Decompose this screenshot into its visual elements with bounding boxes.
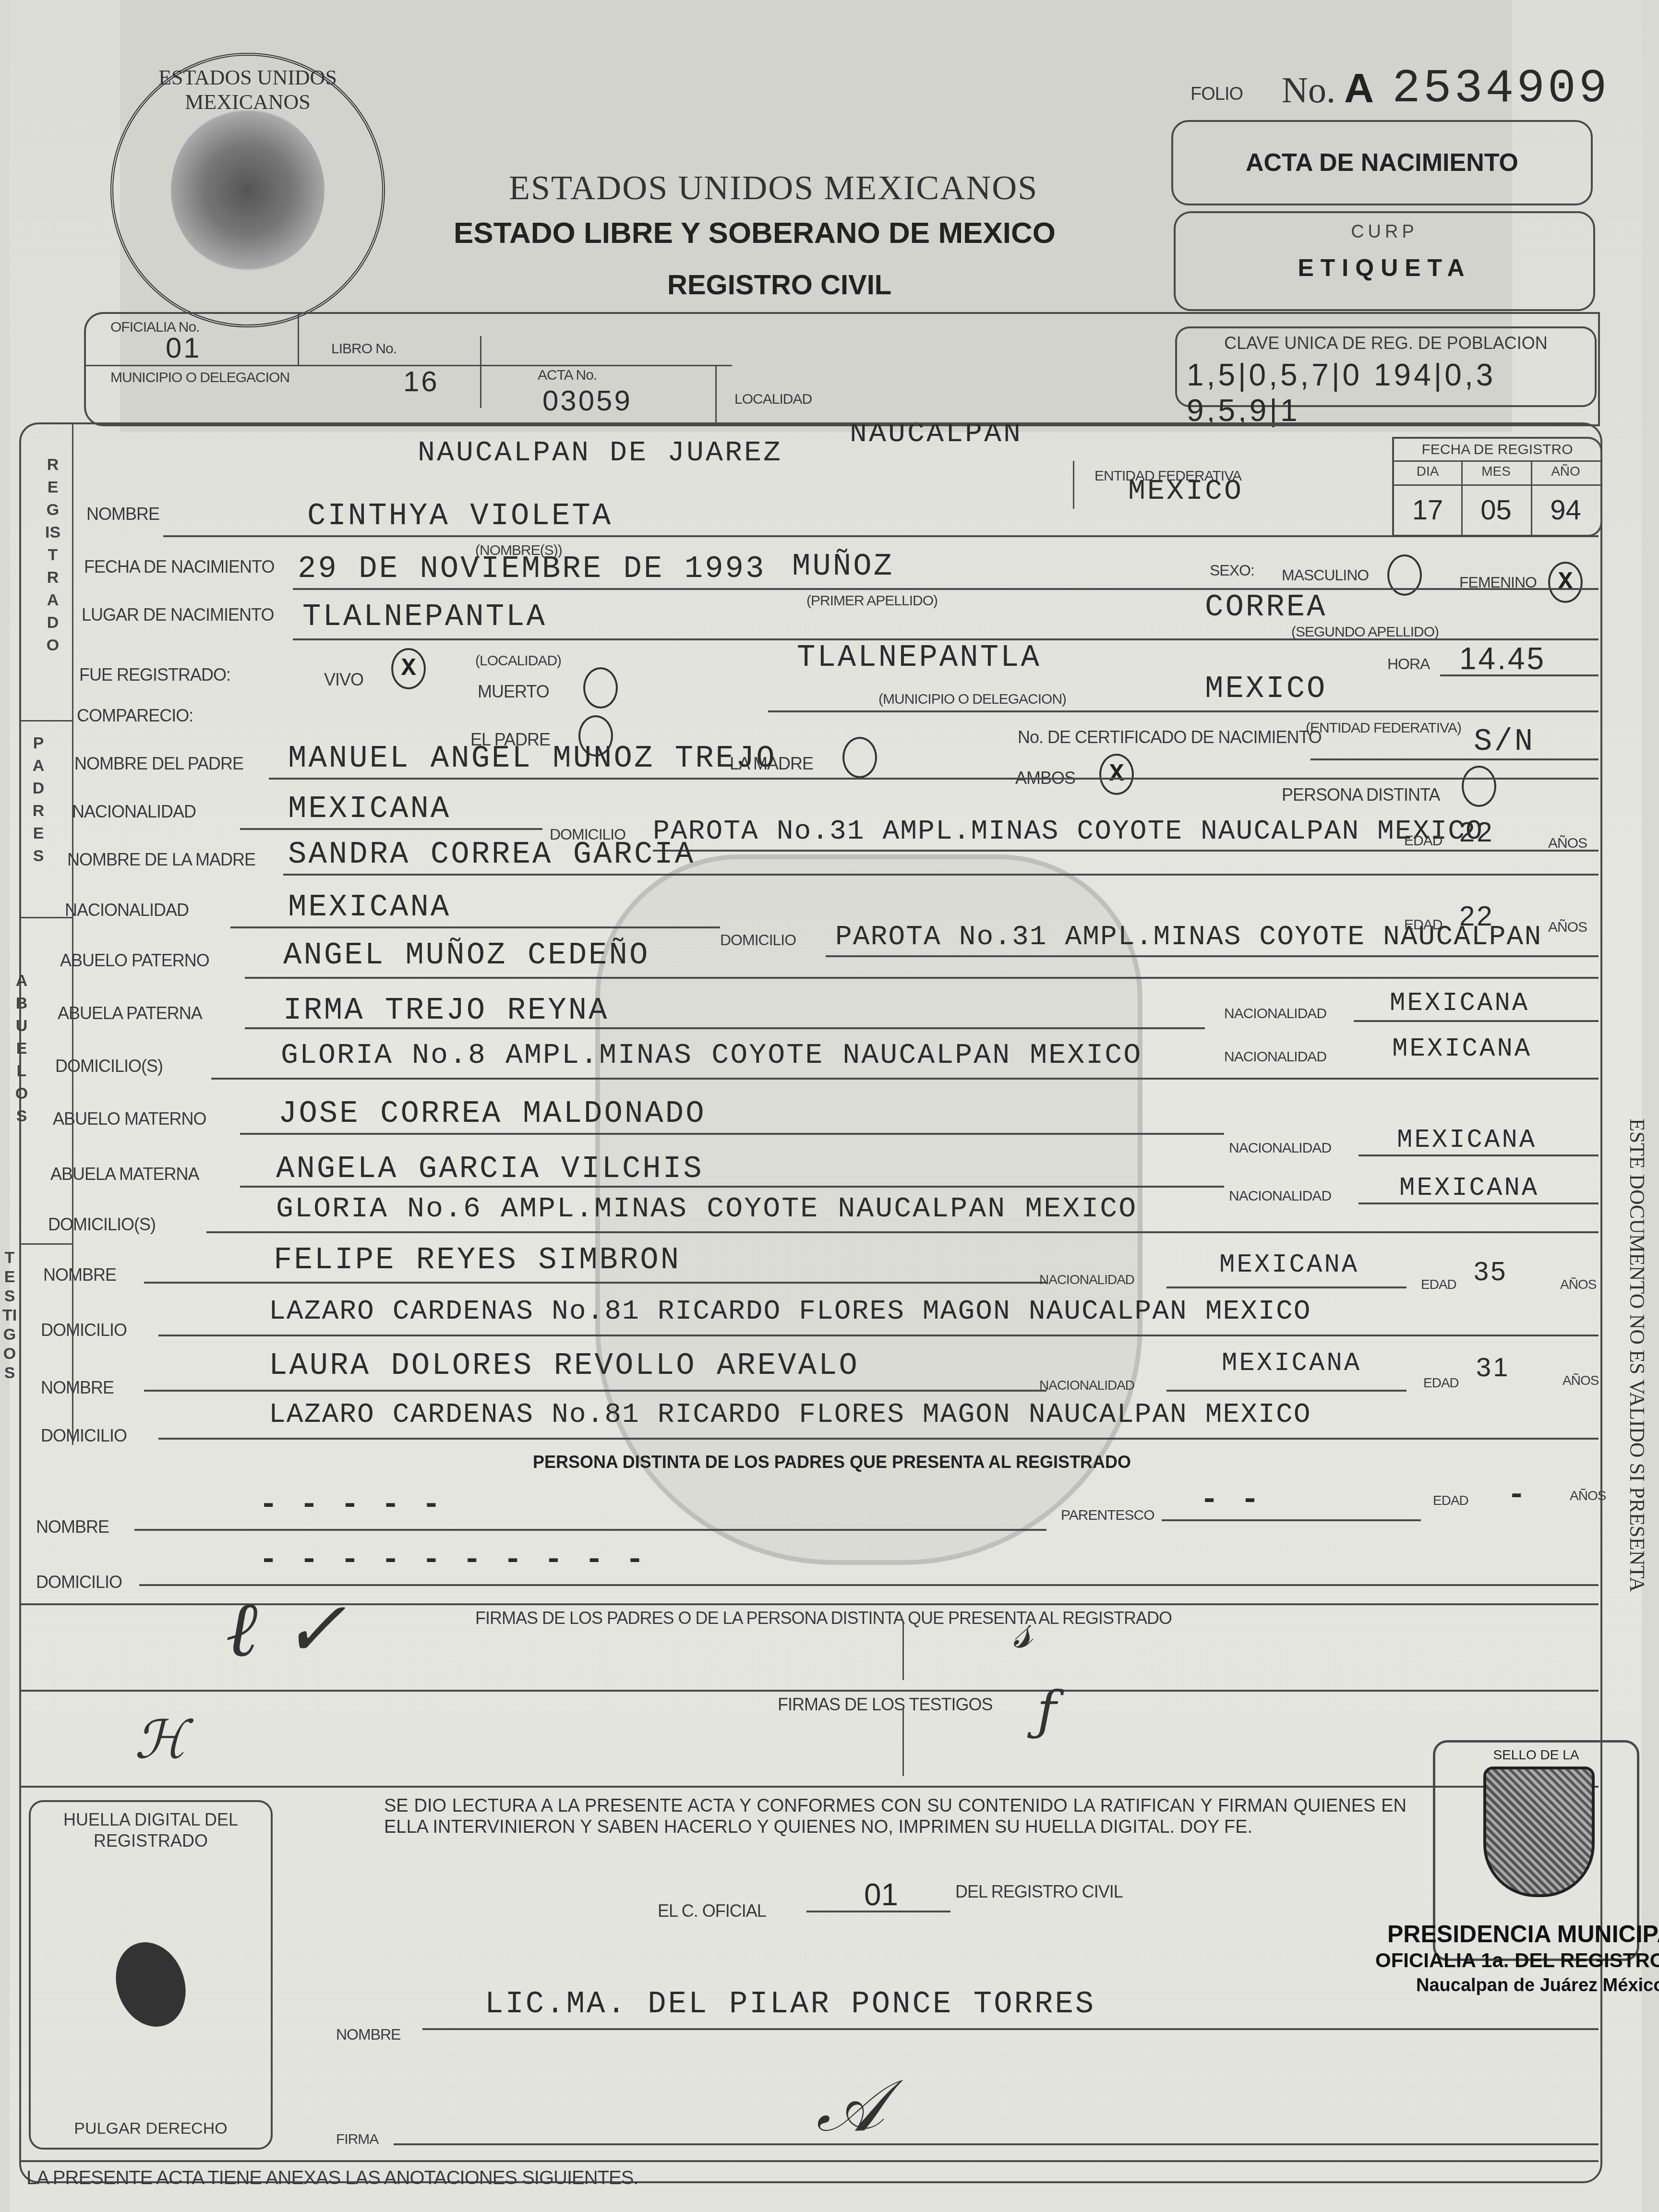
pd-domicilio-label: DOMICILIO: [36, 1572, 122, 1592]
localidad-caption: (LOCALIDAD): [475, 653, 561, 669]
abuela-paterna-label: ABUELA PATERNA: [58, 1003, 202, 1023]
padre-anios-label: AÑOS: [1548, 835, 1587, 852]
femenino-radio[interactable]: X: [1548, 562, 1583, 603]
domicilio-maternos-value: GLORIA No.6 AMPL.MINAS COYOTE NAUCALPAN …: [276, 1193, 1137, 1226]
pd-nombre-label: NOMBRE: [36, 1517, 109, 1537]
signature-oficial: 𝒜: [816, 2064, 884, 2149]
vivo-label: VIVO: [324, 670, 363, 690]
padre-edad-label: EDAD: [1404, 833, 1442, 849]
madre-label: NOMBRE DE LA MADRE: [67, 850, 255, 870]
muerto-label: MUERTO: [478, 682, 549, 702]
libro-label: LIBRO No.: [331, 341, 397, 357]
municipio-caption: (MUNICIPIO O DELEGACION): [878, 691, 1066, 708]
folio-series: A: [1344, 65, 1374, 112]
ambos-radio[interactable]: X: [1099, 754, 1134, 795]
testigo-1-nombre-label: NOMBRE: [43, 1265, 116, 1285]
pd-parentesco-value: - -: [1200, 1483, 1261, 1518]
oficial-label: EL C. OFICIAL: [658, 1901, 766, 1921]
abuela-paterna-nacionalidad-label: NACIONALIDAD: [1224, 1006, 1326, 1022]
libro-value: 16: [403, 365, 439, 398]
seal-text: ESTADOS UNIDOS MEXICANOS: [113, 65, 382, 114]
lugar-localidad-value: TLALNEPANTLA: [302, 600, 547, 635]
municipio-label: MUNICIPIO O DELEGACION: [110, 370, 289, 386]
signature-testigo-2: ℋ: [134, 1709, 187, 1770]
padre-domicilio-value: PAROTA No.31 AMPL.MINAS COYOTE NAUCALPAN…: [653, 816, 1483, 847]
masculino-label: MASCULINO: [1282, 566, 1369, 584]
firma-label: FIRMA: [336, 2131, 378, 2148]
abuela-paterna-nacionalidad: MEXICANA: [1392, 1034, 1532, 1064]
abuelo-paterno-value: ANGEL MUÑOZ CEDEÑO: [283, 938, 649, 973]
testigo-2-edad-label: EDAD: [1423, 1375, 1459, 1391]
pd-nombre-value: - - - - -: [259, 1488, 443, 1523]
testigo-2-edad: 31: [1476, 1351, 1510, 1382]
hora-value: 14.45: [1459, 641, 1546, 676]
registry-box: [84, 312, 1600, 426]
oficialia-value: 01: [166, 331, 202, 364]
fue-registrado-label: FUE REGISTRADO:: [79, 665, 230, 685]
madre-domicilio-label: DOMICILIO: [720, 931, 796, 949]
testigo-1-anios-label: AÑOS: [1560, 1277, 1596, 1292]
curp-box: CURP ETIQUETA: [1174, 211, 1595, 311]
nombre-label: NOMBRE: [86, 504, 159, 524]
abuela-materna-label: ABUELA MATERNA: [50, 1164, 199, 1184]
pulgar-label: PULGAR DERECHO: [31, 2119, 271, 2138]
testigo-2-domicilio-label: DOMICILIO: [41, 1426, 127, 1446]
thumbprint: [104, 1932, 197, 2036]
abuelo-paterno-nacionalidad-label: NACIONALIDAD: [1224, 1049, 1326, 1065]
comparecio-label: COMPARECIO:: [77, 706, 193, 726]
hora-label: HORA: [1387, 655, 1430, 673]
madre-value: SANDRA CORREA GARCIA: [288, 838, 695, 872]
oficial-number: 01: [864, 1877, 898, 1912]
folio-number: 2534909: [1392, 62, 1610, 116]
stamp-line3: Naucalpan de Juárez México: [1416, 1975, 1659, 1996]
signature-madre: 𝓈: [1013, 1599, 1032, 1661]
doc-type: ACTA DE NACIMIENTO: [1173, 148, 1591, 177]
country-title: ESTADOS UNIDOS MEXICANOS: [509, 168, 1038, 208]
entidad-caption: (ENTIDAD FEDERATIVA): [1306, 720, 1461, 736]
abuela-materna-nacionalidad: MEXICANA: [1399, 1174, 1539, 1203]
testigo-2-nacionalidad-label: NACIONALIDAD: [1039, 1378, 1134, 1393]
lugar-nac-label: LUGAR DE NACIMIENTO: [82, 605, 274, 625]
padre-value: MANUEL ANGEL MUNOZ TREJO: [288, 742, 777, 776]
signature-testigo-1: ƒ: [1037, 1680, 1057, 1742]
office-title: REGISTRO CIVIL: [667, 269, 891, 301]
primer-apellido-caption: (PRIMER APELLIDO): [806, 593, 938, 609]
testigo-2-nombre: LAURA DOLORES REVOLLO AREVALO: [269, 1349, 859, 1383]
sexo-label: SEXO:: [1210, 562, 1254, 579]
pd-anios-label: AÑOS: [1570, 1488, 1606, 1503]
signature-padre: ℓ ✓: [226, 1584, 347, 1674]
side-label-registrado: REGISTRADO: [41, 454, 65, 657]
segundo-apellido-caption: (SEGUNDO APELLIDO): [1291, 624, 1439, 640]
vivo-radio[interactable]: X: [391, 648, 426, 689]
curp-label: CURP: [1176, 222, 1593, 242]
folio-prefix: No.: [1282, 70, 1335, 111]
anotaciones-label: LA PRESENTE ACTA TIENE ANEXAS LAS ANOTAC…: [26, 2167, 638, 2189]
certificado-value: S/N: [1474, 725, 1535, 759]
side-label-testigos: TESTIGOS: [0, 1248, 22, 1382]
padre-nacionalidad-value: MEXICANA: [288, 792, 451, 827]
testigo-1-domicilio: LAZARO CARDENAS No.81 RICARDO FLORES MAG…: [269, 1296, 1311, 1327]
madre-nacionalidad-value: MEXICANA: [288, 890, 451, 925]
abuelo-materno-label: ABUELO MATERNO: [53, 1109, 206, 1129]
persona-distinta-title: PERSONA DISTINTA DE LOS PADRES QUE PRESE…: [533, 1452, 1131, 1472]
domicilio-maternos-label: DOMICILIO(S): [48, 1214, 156, 1235]
abuelo-materno-nacionalidad-label: NACIONALIDAD: [1229, 1140, 1331, 1156]
validity-side-note: ESTE DOCUMENTO NO ES VALIDO SI PRESENTA: [1625, 1118, 1649, 1592]
persona-distinta-radio[interactable]: [1462, 766, 1496, 807]
doc-type-box: ACTA DE NACIMIENTO: [1171, 120, 1593, 205]
persona-distinta-label: PERSONA DISTINTA: [1282, 785, 1440, 805]
testigo-1-edad-label: EDAD: [1421, 1277, 1456, 1292]
pd-edad-label: EDAD: [1433, 1493, 1468, 1508]
certificado-label: No. DE CERTIFICADO DE NACIMIENTO: [1018, 727, 1322, 747]
curp-tag: ETIQUETA: [1176, 254, 1593, 282]
fecha-nac-label: FECHA DE NACIMIENTO: [84, 557, 274, 577]
testigo-1-nombre: FELIPE REYES SIMBRON: [274, 1243, 681, 1278]
madre-edad-label: EDAD: [1404, 917, 1442, 933]
oficial-nombre-value: LIC.MA. DEL PILAR PONCE TORRES: [485, 1987, 1095, 2022]
testigo-2-domicilio: LAZARO CARDENAS No.81 RICARDO FLORES MAG…: [269, 1399, 1311, 1431]
madre-edad-value: 22: [1459, 900, 1494, 932]
fecha-nac-value: 29 DE NOVIEMBRE DE 1993: [298, 552, 766, 587]
acta-value: 03059: [542, 384, 632, 417]
padre-label: NOMBRE DEL PADRE: [74, 754, 243, 774]
huella-label: HUELLA DIGITAL DEL REGISTRADO: [45, 1809, 256, 1851]
stamp-line2: OFICIALIA 1a. DEL REGISTRO CIVIL: [1375, 1949, 1659, 1972]
acta-label: ACTA No.: [538, 367, 597, 384]
folio-label: FOLIO: [1190, 84, 1243, 105]
pd-edad-value: -: [1507, 1479, 1527, 1513]
lugar-entidad-value: MEXICO: [1205, 672, 1327, 707]
padre-edad-value: 22: [1459, 816, 1494, 848]
testigo-2-nacionalidad: MEXICANA: [1222, 1349, 1361, 1378]
madre-nacionalidad-label: NACIONALIDAD: [65, 900, 189, 920]
segundo-apellido-value: CORREA: [1205, 590, 1327, 625]
stamp-coat-of-arms-icon: [1483, 1767, 1595, 1897]
padre-nacionalidad-label: NACIONALIDAD: [72, 802, 196, 822]
lugar-municipio-value: TLALNEPANTLA: [797, 641, 1041, 675]
pd-parentesco-label: PARENTESCO: [1061, 1507, 1154, 1524]
abuela-paterna-value: IRMA TREJO REYNA: [283, 994, 609, 1028]
oficial-nombre-label: NOMBRE: [336, 2026, 400, 2044]
firmas-testigos-label: FIRMAS DE LOS TESTIGOS: [778, 1695, 992, 1715]
muerto-radio[interactable]: [583, 667, 618, 709]
testigo-2-anios-label: AÑOS: [1563, 1373, 1599, 1388]
testigo-2-nombre-label: NOMBRE: [41, 1378, 114, 1398]
national-seal-icon: ESTADOS UNIDOS MEXICANOS: [110, 53, 385, 327]
testigo-1-nacionalidad-label: NACIONALIDAD: [1039, 1272, 1134, 1287]
state-title: ESTADO LIBRE Y SOBERANO DE MEXICO: [454, 216, 1056, 250]
side-label-padres: PADRES: [26, 732, 50, 867]
abuelo-materno-value: JOSE CORREA MALDONADO: [278, 1097, 706, 1131]
stamp-top: SELLO DE LA: [1435, 1747, 1637, 1763]
testigo-1-domicilio-label: DOMICILIO: [41, 1320, 127, 1340]
testigo-1-edad: 35: [1474, 1255, 1507, 1286]
side-label-abuelos: ABUELOS: [10, 970, 34, 1128]
localidad-label: LOCALIDAD: [734, 391, 812, 408]
primer-apellido-value: MUÑOZ: [792, 550, 894, 584]
domicilio-paternos-value: GLORIA No.8 AMPL.MINAS COYOTE NAUCALPAN …: [281, 1039, 1142, 1072]
la-madre-radio[interactable]: [842, 737, 877, 778]
testigo-1-nacionalidad: MEXICANA: [1219, 1250, 1359, 1280]
domicilio-paternos-label: DOMICILIO(S): [55, 1056, 163, 1076]
abuela-materna-value: ANGELA GARCIA VILCHIS: [276, 1152, 704, 1187]
pd-domicilio-value: - - - - - - - - - -: [259, 1543, 646, 1578]
registro-civil-label: DEL REGISTRO CIVIL: [955, 1882, 1123, 1902]
abuelo-paterno-nacionalidad: MEXICANA: [1390, 989, 1529, 1018]
abuela-materna-nacionalidad-label: NACIONALIDAD: [1229, 1188, 1331, 1204]
legal-text: SE DIO LECTURA A LA PRESENTE ACTA Y CONF…: [384, 1795, 1407, 1838]
huella-box: HUELLA DIGITAL DEL REGISTRADO PULGAR DER…: [29, 1800, 273, 2150]
abuelo-materno-nacionalidad: MEXICANA: [1397, 1126, 1537, 1155]
stamp-line1: PRESIDENCIA MUNICIPAL: [1387, 1920, 1659, 1948]
firmas-padres-label: FIRMAS DE LOS PADRES O DE LA PERSONA DIS…: [475, 1608, 1172, 1628]
abuelo-paterno-label: ABUELO PATERNO: [60, 950, 209, 971]
madre-anios-label: AÑOS: [1548, 919, 1587, 936]
nombres-value: CINTHYA VIOLETA: [307, 499, 613, 534]
